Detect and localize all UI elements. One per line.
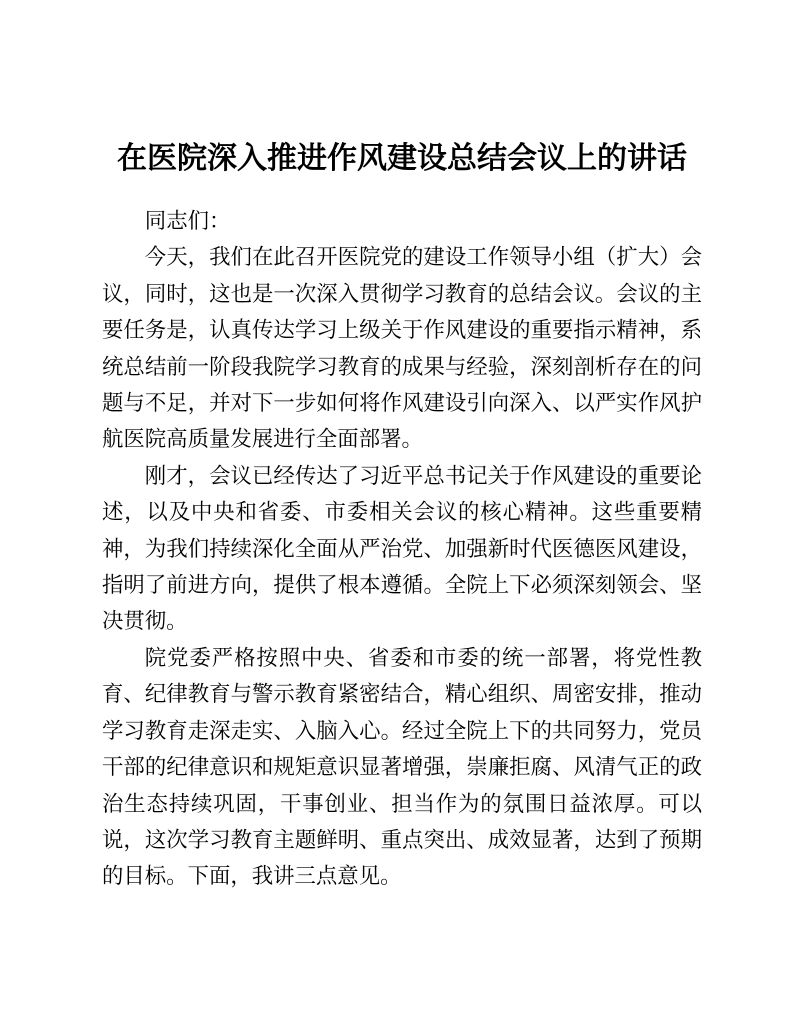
document-title: 在医院深入推进作风建设总结会议上的讲话 bbox=[102, 139, 702, 179]
body-paragraph-1: 今天，我们在此召开医院党的建设工作领导小组（扩大）会议，同时，这也是一次深入贯彻… bbox=[102, 239, 702, 457]
body-paragraph-3: 院党委严格按照中央、省委和市委的统一部署，将党性教育、纪律教育与警示教育紧密结合… bbox=[102, 640, 702, 895]
salutation-paragraph: 同志们： bbox=[102, 203, 702, 239]
document-body: 同志们： 今天，我们在此召开医院党的建设工作领导小组（扩大）会议，同时，这也是一… bbox=[102, 203, 702, 895]
body-paragraph-2: 刚才，会议已经传达了习近平总书记关于作风建设的重要论述，以及中央和省委、市委相关… bbox=[102, 458, 702, 640]
document-page: 在医院深入推进作风建设总结会议上的讲话 同志们： 今天，我们在此召开医院党的建设… bbox=[0, 0, 800, 1035]
